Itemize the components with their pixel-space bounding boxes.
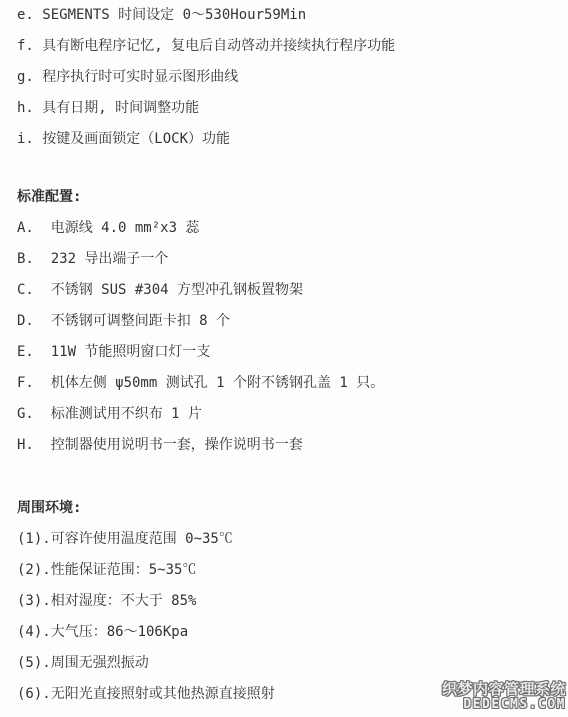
feature-line-f: f. 具有断电程序记忆, 复电后自动啓动并接续执行程序功能 [17,31,560,62]
standard-config-section: 标准配置: A. 电源线 4.0 mm²x3 蕊 B. 232 导出端子一个 C… [17,182,560,461]
feature-line-g: g. 程序执行时可实时显示图形曲线 [17,62,560,93]
env-item-1: (1).可容许使用温度范围 0~35℃ [17,524,560,555]
document-page: e. SEGMENTS 时间设定 0～530Hour59Min f. 具有断电程… [0,0,568,717]
env-item-2: (2).性能保证范围：5~35℃ [17,555,560,586]
standard-config-title: 标准配置: [17,182,560,213]
dedecms-watermark: 织梦内容管理系统 DEDECMS.COM [442,682,566,712]
env-item-4: (4).大气压：86～106Kpa [17,617,560,648]
env-item-3: (3).相对湿度：不大于 85% [17,586,560,617]
config-item-g: G. 标准测试用不织布 1 片 [17,399,560,430]
feature-line-h: h. 具有日期, 时间调整功能 [17,93,560,124]
feature-line-e: e. SEGMENTS 时间设定 0～530Hour59Min [17,0,560,31]
config-item-a: A. 电源线 4.0 mm²x3 蕊 [17,213,560,244]
environment-section: 周围环境: (1).可容许使用温度范围 0~35℃ (2).性能保证范围：5~3… [17,493,560,710]
feature-line-i: i. 按键及画面锁定（LOCK）功能 [17,124,560,155]
config-item-d: D. 不锈钢可调整间距卡扣 8 个 [17,306,560,337]
features-section: e. SEGMENTS 时间设定 0～530Hour59Min f. 具有断电程… [17,0,560,155]
watermark-domain-text: DEDECMS.COM [442,698,566,712]
env-item-5: (5).周围无强烈振动 [17,648,560,679]
config-item-e: E. 11W 节能照明窗口灯一支 [17,337,560,368]
config-item-h: H. 控制器使用说明书一套，操作说明书一套 [17,430,560,461]
config-item-c: C. 不锈钢 SUS #304 方型冲孔钢板置物架 [17,275,560,306]
watermark-chinese-text: 织梦内容管理系统 [442,682,566,698]
config-item-b: B. 232 导出端子一个 [17,244,560,275]
config-item-f: F. 机体左侧 ψ50mm 测试孔 1 个附不锈钢孔盖 1 只。 [17,368,560,399]
environment-title: 周围环境: [17,493,560,524]
